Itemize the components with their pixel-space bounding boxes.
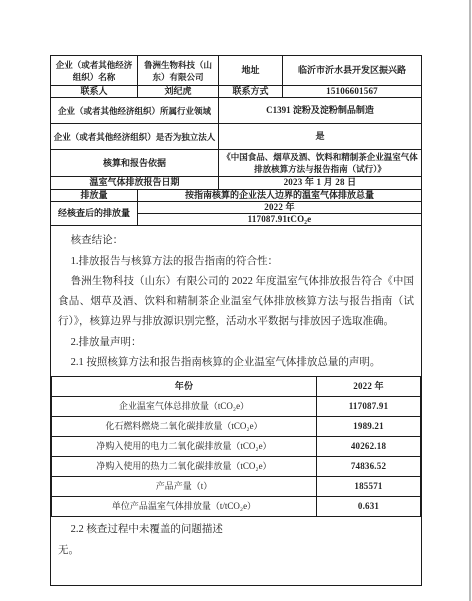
electricity-emission-label: 净购入使用的电力二氧化碳排放量（tCO₂e）	[52, 437, 317, 457]
emission-label: 排放量	[51, 189, 138, 201]
address-value: 临沂市沂水县开发区振兴路	[283, 56, 422, 86]
verified-emission-year: 2022 年	[138, 201, 422, 213]
legal-entity-value: 是	[219, 124, 422, 150]
contact-value: 刘纪虎	[138, 86, 219, 98]
conclusion-item2-2-body: 无。	[58, 541, 414, 561]
conclusion-item2-2-heading: 2.2 核查过程中未覆盖的问题描述	[58, 520, 414, 540]
phone-value: 15106601567	[283, 86, 422, 98]
company-name-label: 企业（或者其他经济组织）名称	[51, 56, 138, 86]
table-row: 企业温室气体总排放量（tCO₂e） 117087.91	[52, 397, 421, 417]
conclusion-text-block: 核查结论： 1.排放报告与核算方法的报告指南的符合性： 鲁洲生物科技（山东）有限…	[51, 226, 421, 373]
report-date-label: 温室气体排放报告日期	[51, 177, 219, 189]
company-name-value: 鲁洲生物科技（山东）有限公司	[138, 56, 219, 86]
year-header-label: 年份	[52, 377, 317, 397]
table-row: 企业（或者其他经济组织）名称 鲁洲生物科技（山东）有限公司 地址 临沂市沂水县开…	[51, 56, 422, 86]
conclusion-row: 核查结论： 1.排放报告与核算方法的报告指南的符合性： 鲁洲生物科技（山东）有限…	[51, 226, 422, 586]
conclusion-item2-2-block: 2.2 核查过程中未覆盖的问题描述 无。	[51, 517, 421, 561]
heat-emission-label: 净购入使用的热力二氧化碳排放量（tCO₂e）	[52, 457, 317, 477]
table-row: 企业（或者其他经济组织）所属行业领域 C1391 淀粉及淀粉制品制造	[51, 98, 422, 124]
contact-label: 联系人	[51, 86, 138, 98]
industry-label: 企业（或者其他经济组织）所属行业领域	[51, 98, 219, 124]
conclusion-item1-heading: 1.排放报告与核算方法的报告指南的符合性：	[58, 252, 414, 272]
heat-emission-value: 74836.52	[317, 457, 421, 477]
verified-emission-value: 117087.91tCO₂e	[138, 214, 422, 226]
basis-value: 《中国食品、烟草及酒、饮料和精制茶企业温室气体排放核算方法与报告指南（试行）》	[219, 150, 422, 177]
total-emission-label: 企业温室气体总排放量（tCO₂e）	[52, 397, 317, 417]
emission-summary-table: 年份 2022 年 企业温室气体总排放量（tCO₂e） 117087.91 化石…	[51, 376, 421, 517]
industry-value: C1391 淀粉及淀粉制品制造	[219, 98, 422, 124]
table-row: 核算和报告依据 《中国食品、烟草及酒、饮料和精制茶企业温室气体排放核算方法与报告…	[51, 150, 422, 177]
legal-entity-label: 企业（或者其他经济组织）是否为独立法人	[51, 124, 219, 150]
conclusion-item1-body: 鲁洲生物科技（山东）有限公司的 2022 年度温室气体排放报告符合《中国食品、烟…	[58, 272, 414, 333]
table-row: 净购入使用的电力二氧化碳排放量（tCO₂e） 40262.18	[52, 437, 421, 457]
emission-table-header-row: 年份 2022 年	[52, 377, 421, 397]
product-output-value: 185571	[317, 477, 421, 497]
verified-emission-label: 经核查后的排放量	[51, 201, 138, 226]
conclusion-item2-heading: 2.排放量声明：	[58, 333, 414, 353]
unit-product-emission-label: 单位产品温室气体排放量（t/tCO₂e）	[52, 497, 317, 517]
table-row: 化石燃料燃烧二氧化碳排放量（tCO₂e） 1989.21	[52, 417, 421, 437]
fossil-fuel-emission-label: 化石燃料燃烧二氧化碳排放量（tCO₂e）	[52, 417, 317, 437]
table-row: 产品产量（t） 185571	[52, 477, 421, 497]
table-row: 温室气体排放报告日期 2023 年 1 月 28 日	[51, 177, 422, 189]
basis-label: 核算和报告依据	[51, 150, 219, 177]
table-row: 联系人 刘纪虎 联系方式 15106601567	[51, 86, 422, 98]
product-output-label: 产品产量（t）	[52, 477, 317, 497]
address-label: 地址	[219, 56, 283, 86]
conclusion-item2-1-heading: 2.1 按照核算方法和报告指南核算的企业温室气体排放总量的声明。	[58, 353, 414, 373]
table-row: 经核查后的排放量 2022 年	[51, 201, 422, 213]
scan-page-edge	[469, 0, 471, 601]
conclusion-title: 核查结论：	[58, 231, 414, 251]
fossil-fuel-emission-value: 1989.21	[317, 417, 421, 437]
table-row: 企业（或者其他经济组织）是否为独立法人 是	[51, 124, 422, 150]
table-row: 单位产品温室气体排放量（t/tCO₂e） 0.631	[52, 497, 421, 517]
year-header-value: 2022 年	[317, 377, 421, 397]
verification-report-table: 企业（或者其他经济组织）名称 鲁洲生物科技（山东）有限公司 地址 临沂市沂水县开…	[50, 55, 422, 586]
electricity-emission-value: 40262.18	[317, 437, 421, 457]
total-emission-value: 117087.91	[317, 397, 421, 417]
phone-label: 联系方式	[219, 86, 283, 98]
unit-product-emission-value: 0.631	[317, 497, 421, 517]
emission-desc: 按指南核算的企业法人边界的温室气体排放总量	[138, 189, 422, 201]
conclusion-cell: 核查结论： 1.排放报告与核算方法的报告指南的符合性： 鲁洲生物科技（山东）有限…	[51, 226, 422, 586]
report-date-value: 2023 年 1 月 28 日	[219, 177, 422, 189]
table-row: 净购入使用的热力二氧化碳排放量（tCO₂e） 74836.52	[52, 457, 421, 477]
table-row: 排放量 按指南核算的企业法人边界的温室气体排放总量	[51, 189, 422, 201]
